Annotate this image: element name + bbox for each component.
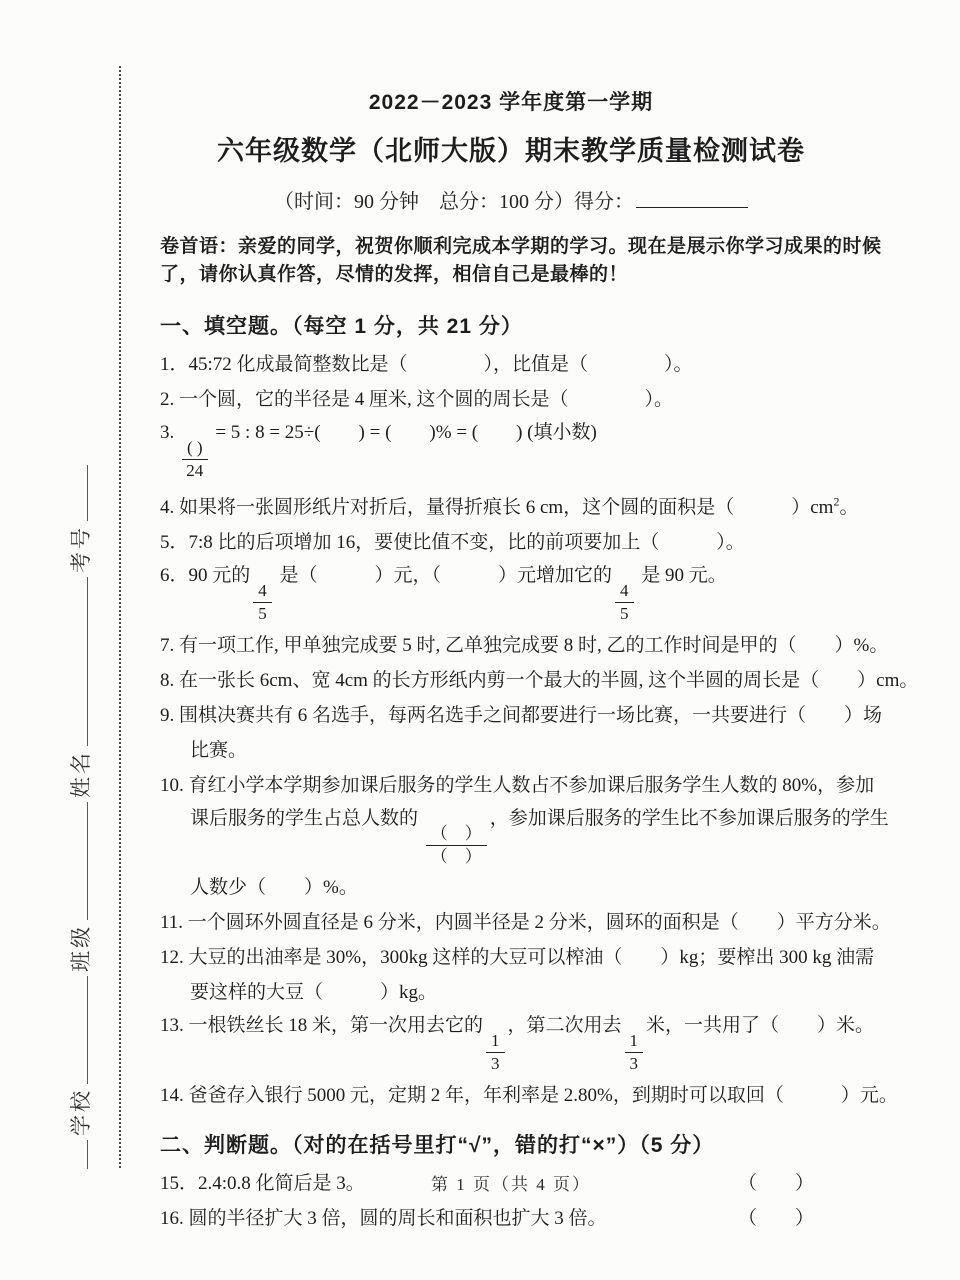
question-text: 11. 一个圆环外圆直径是 6 分米，内圆半径是 2 分米，圆环的面积是（ ）平… [160, 912, 891, 933]
question-text: 2. 一个圆，它的半径是 4 厘米, 这个圆的周长是（ ）。 [160, 389, 673, 410]
superscript: 2 [833, 495, 839, 509]
seal-underline [87, 1140, 88, 1169]
fraction: （ ）（ ） [426, 825, 487, 866]
fraction-denominator: （ ） [431, 846, 482, 866]
fraction-numerator: （ ） [426, 825, 487, 846]
seal-underline [87, 465, 88, 521]
question-line: 5．7:8 比的后项增加 16，要使比值不变，比的前项要加上（ ）。 [160, 530, 862, 555]
fraction-numerator: 1 [486, 1032, 505, 1053]
question-text: 12. 大豆的出油率是 30%，300kg 这样的大豆可以榨油（ ）kg；要榨出… [160, 947, 874, 968]
question-line: 人数少（ ）%。 [160, 875, 862, 900]
page-footer: 第 1 页（共 4 页） [160, 1170, 862, 1195]
question-text: 课后服务的学生占总人数的 （ ）（ ），参加课后服务的学生比不参加课后服务的学生 [190, 808, 889, 829]
question-text: 9. 围棋决赛共有 6 名选手，每两名选手之间都要进行一场比赛，一共要进行（ ）… [160, 705, 882, 726]
question-line: 11. 一个圆环外圆直径是 6 分米，内圆半径是 2 分米，圆环的面积是（ ）平… [160, 910, 862, 935]
fraction-numerator: 1 [625, 1032, 644, 1053]
seal-underline [87, 976, 88, 1084]
fraction-numerator: 4 [253, 582, 272, 603]
question-line: 13. 一根铁丝长 18 米，第一次用去它的13，第二次用去13米，一共用了（ … [160, 1013, 862, 1073]
question-text: 8. 在一张长 6cm、宽 4cm 的长方形纸内剪一个最大的半圆, 这个半圆的周… [160, 670, 918, 691]
section-heading: 二、判断题。（对的在括号里打“√”，错的打“×”）（5 分） [160, 1131, 862, 1161]
meta-text: （时间：90 分钟 总分：100 分）得分： [274, 191, 634, 213]
fraction-denominator: 3 [491, 1053, 500, 1073]
question-line: 1．45:72 化成最简整数比是（ ），比值是（ ）。 [160, 352, 862, 377]
question-line: 10. 育红小学本学期参加课后服务的学生人数占不参加课后服务学生人数的 80%，… [160, 773, 862, 798]
question-line: 14. 爸爸存入银行 5000 元，定期 2 年，年利率是 2.80%，到期时可… [160, 1083, 862, 1108]
question-line: 8. 在一张长 6cm、宽 4cm 的长方形纸内剪一个最大的半圆, 这个半圆的周… [160, 668, 862, 693]
question-text: 6．90 元的45 是（ ）元，（ ）元增加它的45 是 90 元。 [160, 565, 727, 586]
exam-meta: （时间：90 分钟 总分：100 分）得分： [160, 185, 862, 214]
question-line: 4. 如果将一张圆形纸片对折后，量得折痕长 6 cm，这个圆的面积是（ ）cm2… [160, 490, 862, 520]
fraction-denominator: 5 [258, 603, 267, 623]
question-text: 16. 圆的半径扩大 3 倍，圆的周长和面积也扩大 3 倍。 [160, 1206, 607, 1231]
question-text: 人数少（ ）%。 [190, 877, 358, 898]
fraction-denominator: 24 [186, 460, 203, 480]
question-line: 课后服务的学生占总人数的 （ ）（ ），参加课后服务的学生比不参加课后服务的学生 [160, 806, 862, 866]
seal-label: 班级 [65, 920, 95, 976]
seal-underline [87, 802, 88, 920]
term-title: 2022－2023 学年度第一学期 [160, 86, 862, 116]
question-text: 1．45:72 化成最简整数比是（ ），比值是（ ）。 [160, 354, 693, 375]
question-line: 3. ( )24 = 5 : 8 = 25÷( ) = ( )% = ( ) (… [160, 420, 862, 480]
fraction-numerator: ( ) [182, 439, 208, 460]
answer-bracket: （ ） [738, 1206, 814, 1231]
question-line: 9. 围棋决赛共有 6 名选手，每两名选手之间都要进行一场比赛，一共要进行（ ）… [160, 703, 862, 728]
seal-label: 姓名 [65, 746, 95, 802]
binding-dotted-line [119, 66, 121, 1168]
question-line: 比赛。 [160, 738, 862, 763]
fraction: 45 [615, 582, 634, 623]
question-text: 7. 有一项工作, 甲单独完成要 5 时, 乙单独完成要 8 时, 乙的工作时间… [160, 635, 888, 656]
exam-paper: 学校班级姓名考号 2022－2023 学年度第一学期 六年级数学（北师大版）期末… [0, 0, 960, 1280]
question-text: 3. ( )24 = 5 : 8 = 25÷( ) = ( )% = ( ) (… [160, 422, 597, 443]
fraction-denominator: 5 [620, 603, 629, 623]
student-info-seal: 学校班级姓名考号 [66, 465, 94, 1169]
question-text: 比赛。 [190, 740, 247, 761]
preamble-line: 了，请你认真作答，尽情的发挥，相信自己是最棒的！ [160, 261, 862, 289]
question-line: 6．90 元的45 是（ ）元，（ ）元增加它的45 是 90 元。 [160, 563, 862, 623]
question-line: 16. 圆的半径扩大 3 倍，圆的周长和面积也扩大 3 倍。（ ） [160, 1206, 862, 1231]
fraction-denominator: 3 [630, 1053, 639, 1073]
preamble: 卷首语：亲爱的同学，祝贺你顺利完成本学期的学习。现在是展示你学习成果的时候了，请… [160, 233, 862, 289]
score-blank-line [636, 193, 748, 208]
seal-underline [87, 577, 88, 746]
page-title: 六年级数学（北师大版）期末教学质量检测试卷 [160, 129, 862, 168]
exam-content: 2022－2023 学年度第一学期 六年级数学（北师大版）期末教学质量检测试卷 … [160, 86, 862, 1231]
question-text: 4. 如果将一张圆形纸片对折后，量得折痕长 6 cm，这个圆的面积是（ ）cm2… [160, 497, 858, 518]
question-text: 13. 一根铁丝长 18 米，第一次用去它的13，第二次用去13米，一共用了（ … [160, 1015, 874, 1036]
question-text: 要这样的大豆（ ）kg。 [190, 982, 437, 1003]
seal-label: 考号 [65, 521, 95, 577]
fraction: ( )24 [182, 439, 208, 480]
question-text: 14. 爸爸存入银行 5000 元，定期 2 年，年利率是 2.80%，到期时可… [160, 1085, 898, 1106]
question-line: 7. 有一项工作, 甲单独完成要 5 时, 乙单独完成要 8 时, 乙的工作时间… [160, 633, 862, 658]
question-text: 5．7:8 比的后项增加 16，要使比值不变，比的前项要加上（ ）。 [160, 532, 745, 553]
fraction: 13 [486, 1032, 505, 1073]
question-list: 一、填空题。（每空 1 分，共 21 分）1．45:72 化成最简整数比是（ ）… [160, 312, 862, 1231]
question-line: 要这样的大豆（ ）kg。 [160, 980, 862, 1005]
seal-label: 学校 [65, 1084, 95, 1140]
question-text: 10. 育红小学本学期参加课后服务的学生人数占不参加课后服务学生人数的 80%，… [160, 775, 874, 796]
question-line: 12. 大豆的出油率是 30%，300kg 这样的大豆可以榨油（ ）kg；要榨出… [160, 945, 862, 970]
fraction-numerator: 4 [615, 582, 634, 603]
section-heading: 一、填空题。（每空 1 分，共 21 分） [160, 312, 862, 342]
question-line: 2. 一个圆，它的半径是 4 厘米, 这个圆的周长是（ ）。 [160, 387, 862, 412]
fraction: 13 [625, 1032, 644, 1073]
fraction: 45 [253, 582, 272, 623]
preamble-line: 卷首语：亲爱的同学，祝贺你顺利完成本学期的学习。现在是展示你学习成果的时候 [160, 233, 862, 261]
